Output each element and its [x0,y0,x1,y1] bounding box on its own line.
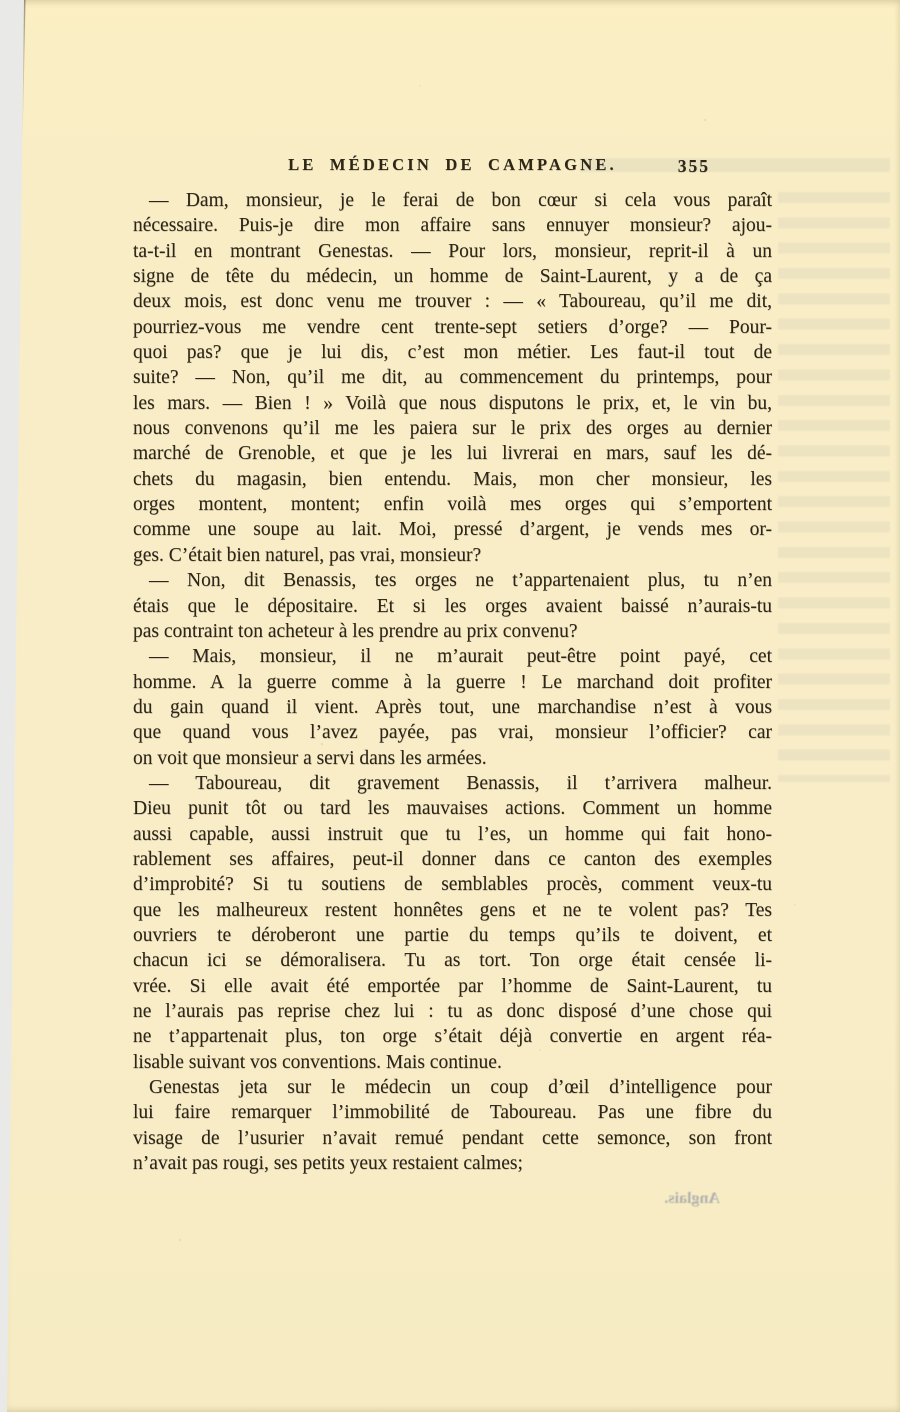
text-line: nous convenons qu’il me les paiera sur l… [133,416,772,441]
text-line: visage de l’usurier n’avait remué pendan… [133,1126,772,1151]
book-page: LE MÉDECIN DE CAMPAGNE. 355 — Dam, monsi… [0,0,900,1412]
text-line: homme. A la guerre comme à la guerre ! L… [133,670,772,695]
text-line: que les malheureux restent honnêtes gens… [133,898,772,923]
page-header: LE MÉDECIN DE CAMPAGNE. 355 [133,155,772,181]
text-line: nécessaire. Puis-je dire mon affaire san… [133,213,772,238]
text-line: pas contraint ton acheteur à les prendre… [133,619,772,644]
text-line: rablement ses affaires, peut-il donner d… [133,847,772,872]
text-line: Genestas jeta sur le médecin un coup d’œ… [133,1075,772,1100]
text-line: deux mois, est donc venu me trouver : — … [133,289,772,314]
page-edge-shadow [19,0,25,150]
text-line: — Dam, monsieur, je le ferai de bon cœur… [133,188,772,213]
text-line: on voit que monsieur a servi dans les ar… [133,746,772,771]
text-line: vrée. Si elle avait été emportée par l’h… [133,974,772,999]
text-line: pourriez-vous me vendre cent trente-sept… [133,315,772,340]
text-line: chacun ici se démoralisera. Tu as tort. … [133,948,772,973]
text-line: Dieu punit tôt ou tard les mauvaises act… [133,796,772,821]
text-line: aussi capable, aussi instruit que tu l’e… [133,822,772,847]
text-line: ne l’aurais pas reprise chez lui : tu as… [133,999,772,1024]
text-line: quoi pas? que je lui dis, c’est mon méti… [133,340,772,365]
text-line: — Taboureau, dit gravement Benassis, il … [133,771,772,796]
text-line: les mars. — Bien ! » Voilà que nous disp… [133,391,772,416]
text-line: comme une soupe au lait. Moi, pressé d’a… [133,517,772,542]
text-line: lui faire remarquer l’immobilité de Tabo… [133,1100,772,1125]
text-line: n’avait pas rougi, ses petits yeux resta… [133,1151,772,1176]
text-line: ges. C’était bien naturel, pas vrai, mon… [133,543,772,568]
scanned-page: LE MÉDECIN DE CAMPAGNE. 355 — Dam, monsi… [0,0,900,1412]
page-number: 355 [678,156,710,177]
text-line: d’improbité? Si tu soutiens de semblable… [133,872,772,897]
text-line: étais que le dépositaire. Et si les orge… [133,594,772,619]
body-text: — Dam, monsieur, je le ferai de bon cœur… [133,188,772,1176]
text-line: marché de Grenoble, et que je les lui li… [133,441,772,466]
text-line: ouvriers te déroberont une partie du tem… [133,923,772,948]
text-line: — Non, dit Benassis, tes orges ne t’appa… [133,568,772,593]
running-title: LE MÉDECIN DE CAMPAGNE. [288,155,617,174]
text-line: ne t’appartenait plus, ton orge s’était … [133,1024,772,1049]
text-line: suite? — Non, qu’il me dit, au commencem… [133,365,772,390]
bleedthrough-text: Anglais. [640,1190,720,1208]
text-line: du gain quand il vient. Après tout, une … [133,695,772,720]
text-line: ta-t-il en montrant Genestas. — Pour lor… [133,239,772,264]
text-line: — Mais, monsieur, il ne m’aurait peut-êt… [133,644,772,669]
text-line: orges montent, montent; enfin voilà mes … [133,492,772,517]
bleedthrough-smudge-margin [778,192,890,782]
text-line: chets du magasin, bien entendu. Mais, mo… [133,467,772,492]
text-line: que quand vous l’avez payée, pas vrai, m… [133,720,772,745]
text-line: lisable suivant vos conventions. Mais co… [133,1050,772,1075]
text-line: signe de tête du médecin, un homme de Sa… [133,264,772,289]
